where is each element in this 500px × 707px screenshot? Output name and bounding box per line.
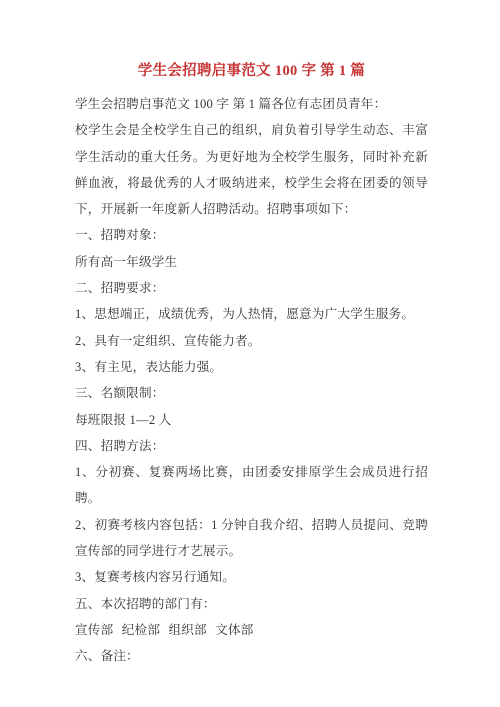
departments-list: 宣传部 纪检部 组织部 文体部 [75,617,428,643]
method-1: 1、分初赛、复赛两场比赛，由团委安排原学生会成员进行招聘。 [75,459,428,512]
method-3: 3、复赛考核内容另行通知。 [75,564,428,590]
section-2-heading: 二、招聘要求： [75,275,428,301]
doc-title: 学生会招聘启事范文 100 字 第 1 篇 [75,62,428,80]
requirement-2: 2、具有一定组织、宣传能力者。 [75,328,428,354]
recruit-target: 所有高一年级学生 [75,249,428,275]
section-4-heading: 四、招聘方法： [75,433,428,459]
quota-limit: 每班限报 1—2 人 [75,407,428,433]
method-2: 2、初赛考核内容包括：1 分钟自我介绍、招聘人员提问、竞聘宣传部的同学进行才艺展… [75,512,428,565]
intro-paragraph: 校学生会是全校学生自己的组织，肩负着引导学生动态、丰富学生活动的重大任务。为更好… [75,117,428,222]
document-page: 学生会招聘启事范文 100 字 第 1 篇 学生会招聘启事范文 100 字 第 … [0,0,500,707]
document-content: 学生会招聘启事范文 100 字 第 1 篇 学生会招聘启事范文 100 字 第 … [0,0,500,670]
section-6-heading: 六、备注： [75,643,428,669]
requirement-1: 1、思想端正，成绩优秀，为人热情，愿意为广大学生服务。 [75,301,428,327]
intro-line: 学生会招聘启事范文 100 字 第 1 篇各位有志团员青年： [75,91,428,117]
section-1-heading: 一、招聘对象： [75,222,428,248]
requirement-3: 3、有主见，表达能力强。 [75,354,428,380]
section-5-heading: 五、本次招聘的部门有： [75,591,428,617]
section-3-heading: 三、名额限制： [75,380,428,406]
